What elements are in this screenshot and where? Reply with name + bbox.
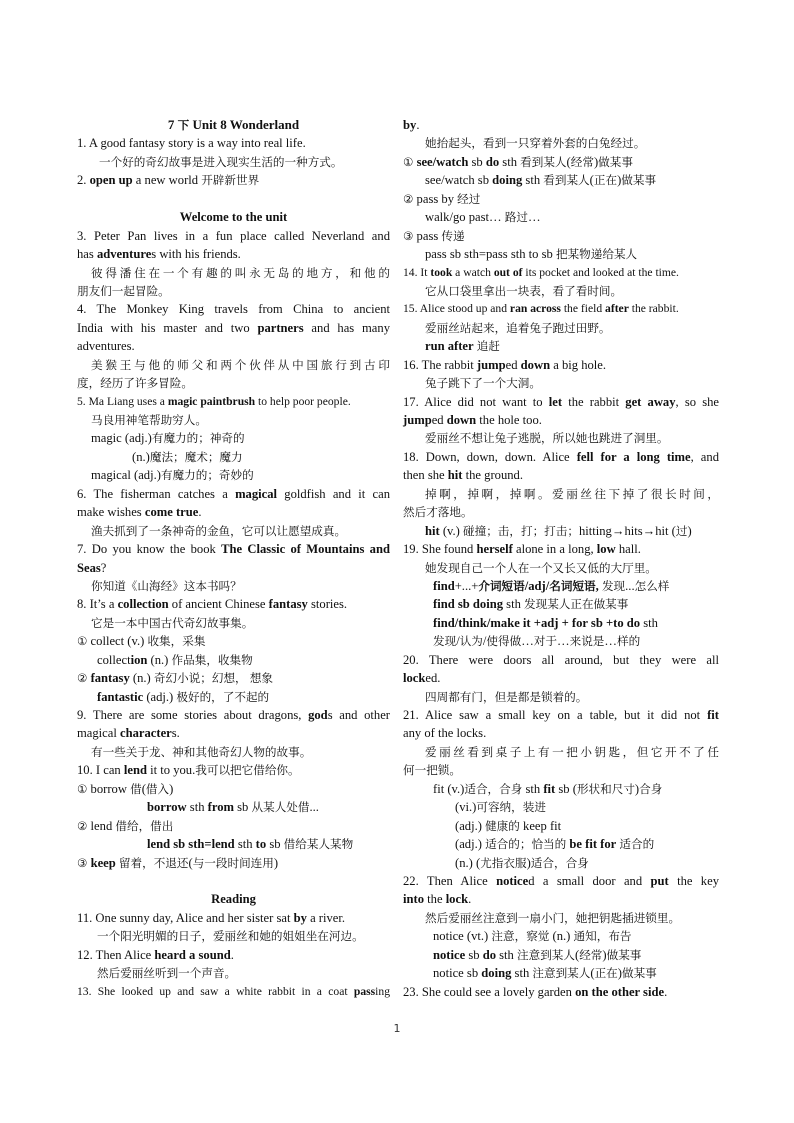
text-run: 作品集，收集物 — [172, 653, 253, 667]
text-run: sb — [465, 948, 483, 962]
text-run: the — [424, 892, 446, 906]
text-run: 16. The rabbit — [403, 358, 477, 372]
left-column: 7 下 Unit 8 Wonderland1. A good fantasy s… — [77, 116, 390, 1001]
text-run: 我可以把它借给你。 — [195, 763, 299, 777]
text-line: 15. Alice stood up and ran across the fi… — [403, 300, 719, 318]
text-run: (vi.) — [455, 800, 476, 814]
bold-term: get away — [625, 395, 675, 409]
text-run: 17. Alice did not want to — [403, 395, 549, 409]
text-line: 它从口袋里拿出一块表，看了看时间。 — [403, 282, 719, 300]
text-run: 她抬起头，看到一只穿着外套的白兔经过。 — [425, 136, 645, 150]
text-run: (n.) — [130, 671, 154, 685]
text-run: … — [528, 210, 541, 224]
text-run: 适合的；恰当的 — [485, 837, 566, 851]
text-line: locked. — [403, 669, 719, 687]
text-run: 12. Then Alice — [77, 948, 154, 962]
text-line: 兔子跳下了一个大洞。 — [403, 374, 719, 392]
bold-term: The Classic of Mountains and — [221, 542, 390, 556]
text-run: 借入 — [146, 782, 169, 796]
text-run: it to you. — [147, 763, 195, 777]
text-run: ① — [77, 782, 87, 796]
text-line: ① borrow 借(借入) — [77, 780, 390, 798]
text-run: 发现某人正在做某事 — [524, 597, 628, 611]
text-run: 与一段时间连用 — [193, 856, 274, 870]
text-run: 经常 — [579, 948, 602, 962]
text-run: 有一些关于龙、神和其他奇幻人物的故事。 — [91, 745, 311, 759]
text-run: the rabbit. — [629, 302, 679, 315]
text-run: the ground. — [462, 468, 523, 482]
bold-term: took — [430, 266, 452, 279]
text-line: (n.) (尤指衣服)适合，合身 — [403, 854, 719, 872]
bold-term: lock — [446, 892, 468, 906]
text-line: 20. There were doors all around, but the… — [403, 651, 719, 669]
text-run: to help poor people. — [255, 395, 351, 408]
text-line: 爱丽丝不想让兔子逃脱，所以她也跳进了洞里。 — [403, 429, 719, 447]
text-run: 正在 — [595, 966, 618, 980]
text-run: 你知道《山海经》这本书吗？ — [91, 579, 242, 593]
text-run: of ancient Chinese — [169, 597, 269, 611]
text-run: ed — [506, 358, 521, 372]
text-line: 16. The rabbit jumped down a big hole. — [403, 356, 719, 374]
text-line: pass sb sth=pass sth to sb 把某物递给某人 — [403, 245, 719, 263]
text-run: 23. She could see a lovely garden — [403, 985, 575, 999]
text-run: . — [231, 948, 234, 962]
bold-term: adventure — [97, 247, 151, 261]
text-line: 然后才落地。 — [403, 503, 719, 521]
bold-term: open up — [90, 173, 133, 187]
text-line: ② lend 借给，借出 — [77, 817, 390, 835]
bold-term: character — [120, 726, 172, 740]
text-run: 马良用神笔帮助穷人。 — [91, 413, 207, 427]
bold-term: magical — [235, 487, 277, 501]
text-line: see/watch sb doing sth 看到某人(正在)做某事 — [403, 171, 719, 189]
text-run: +...+ — [455, 579, 479, 593]
text-line: jumped down the hole too. — [403, 411, 719, 429]
text-run: 它从口袋里拿出一块表，看了看时间。 — [425, 284, 622, 298]
text-run: ing — [375, 985, 390, 998]
text-run: 追赶 — [477, 339, 500, 353]
bold-term: down — [521, 358, 550, 372]
text-run: sth — [511, 966, 532, 980]
text-run: see/watch sb — [425, 173, 492, 187]
text-line: fantastic (adj.) 极好的，了不起的 — [77, 688, 390, 706]
text-run: a big hole. — [550, 358, 606, 372]
text-line: India with his master and two partners a… — [77, 319, 390, 337]
text-run: pass sb sth=pass sth to sb — [425, 247, 556, 261]
text-line: lend sb sth=lend sth to sb 借给某人某物 — [77, 835, 390, 853]
bold-term: pass — [354, 985, 375, 998]
text-run: . — [468, 892, 471, 906]
text-run: sb — [234, 800, 252, 814]
bold-term: Welcome to the unit — [180, 210, 287, 224]
text-line: 7. Do you know the book The Classic of M… — [77, 540, 390, 558]
text-run: 经过 — [457, 192, 480, 206]
bold-term: put — [651, 874, 669, 888]
text-run: 借 — [130, 782, 142, 796]
text-run: 发现 — [433, 634, 456, 648]
bold-term: fit — [707, 708, 719, 722]
text-line: ① collect (v.) 收集，采集 — [77, 632, 390, 650]
text-line: 有一些关于龙、神和其他奇幻人物的故事。 — [77, 743, 390, 761]
text-run: notice (vt.) — [433, 929, 491, 943]
text-line: 朋友们一起冒险。 — [77, 282, 390, 300]
text-run: ② — [77, 671, 87, 685]
text-run: 3. Peter Pan lives in a fun place called… — [77, 229, 390, 243]
bold-term: doing — [481, 966, 511, 980]
text-line: 10. I can lend it to you.我可以把它借给你。 — [77, 761, 390, 779]
bold-term: doing — [492, 173, 522, 187]
bold-term: low — [597, 542, 616, 556]
text-run: s and other — [328, 708, 390, 722]
bold-term: ran across — [510, 302, 561, 315]
text-run: 可容纳，装进 — [476, 800, 546, 814]
text-run: a new world — [133, 173, 202, 187]
text-line: 5. Ma Liang uses a magic paintbrush to h… — [77, 393, 390, 411]
text-line: 然后爱丽丝听到一个声音。 — [77, 964, 390, 982]
text-run: 有魔力的；神奇的 — [152, 431, 245, 445]
text-run: stories. — [308, 597, 347, 611]
text-run: then she — [403, 468, 448, 482]
text-run: sth — [235, 837, 256, 851]
text-run: sth — [187, 800, 208, 814]
text-line: run after 追赶 — [403, 337, 719, 355]
text-line: 度，经历了许多冒险。 — [77, 374, 390, 392]
text-run: 传递 — [441, 229, 464, 243]
text-line: 2. open up a new world 开辟新世界 — [77, 171, 390, 189]
text-line: ① see/watch sb do sth 看到某人(经常)做某事 — [403, 153, 719, 171]
text-run: 碰撞；击，打；打击； — [463, 524, 579, 538]
text-line: magic (adj.)有魔力的；神奇的 — [77, 429, 390, 447]
text-line: collection (n.) 作品集，收集物 — [77, 651, 390, 669]
text-run: 一个阳光明媚的日子，爱丽丝和她的姐姐坐在河边。 — [97, 929, 364, 943]
text-run: 适合的 — [619, 837, 654, 851]
text-line: 发现/认为/使得做…对于…来说是…样的 — [403, 632, 719, 650]
text-line: find+...+介词短语/adj/名词短语, 发现...怎么样 — [403, 577, 719, 595]
text-run: 兔子跳下了一个大洞。 — [425, 376, 541, 390]
text-line: 9. There are some stories about dragons,… — [77, 706, 390, 724]
text-run: 尤指衣服 — [480, 856, 526, 870]
text-run: (n.) ( — [455, 856, 480, 870]
text-run: (n.) — [132, 450, 150, 464]
text-run: 做某事 — [598, 155, 633, 169]
text-line: 1. A good fantasy story is a way into re… — [77, 134, 390, 152]
bold-term: heard a sound — [154, 948, 230, 962]
text-run: 彼得潘住在一个有趣的叫永无岛的地方，和他的 — [91, 266, 390, 280]
bold-term: by — [403, 118, 416, 132]
text-run: 注意到某人 — [517, 948, 575, 962]
text-run: 1. A good fantasy story is a way into re… — [77, 136, 306, 150]
text-line: fit (v.)适合，合身 sth fit sb (形状和尺寸)合身 — [403, 780, 719, 798]
text-run: 然后爱丽丝听到一个声音。 — [97, 966, 236, 980]
text-run: 22. Then Alice — [403, 874, 496, 888]
text-line: ② pass by 经过 — [403, 190, 719, 208]
document-page: 7 下 Unit 8 Wonderland1. A good fantasy s… — [0, 0, 794, 1123]
text-line: 渔夫抓到了一条神奇的金鱼，它可以让愿望成真。 — [77, 522, 390, 540]
text-run: 9. There are some stories about dragons, — [77, 708, 308, 722]
text-run: a river. — [307, 911, 345, 925]
text-run: 过 — [676, 524, 688, 538]
text-line: make wishes come true. — [77, 503, 390, 521]
bold-term: ion — [131, 653, 148, 667]
text-run: ① — [403, 155, 413, 169]
blank-line — [77, 190, 390, 208]
text-run: lend — [87, 819, 115, 833]
text-line: (n.)魔法；魔术；魔力 — [77, 448, 390, 466]
text-run: sb — [468, 155, 486, 169]
text-run: 爱丽丝不想让兔子逃脱，所以她也跳进了洞里。 — [425, 431, 668, 445]
text-run: pass — [413, 229, 441, 243]
text-run: … — [557, 634, 570, 648]
bold-term: /adj/ — [525, 579, 550, 593]
text-run: 6. The fisherman catches a — [77, 487, 235, 501]
text-run: 做某事 — [607, 948, 642, 962]
text-run: 魔法；魔术；魔力 — [150, 450, 243, 464]
blank-line — [77, 872, 390, 890]
text-run: 度，经历了许多冒险。 — [77, 376, 193, 390]
text-line: magical characters. — [77, 724, 390, 742]
text-run: any of the locks. — [403, 726, 486, 740]
text-run: magic (adj.) — [91, 431, 152, 445]
right-column: by.她抬起头，看到一只穿着外套的白兔经过。① see/watch sb do … — [403, 116, 719, 1001]
bold-term: fantastic — [97, 690, 143, 704]
text-run: fit (v.) — [433, 782, 464, 796]
text-run: 样的 — [617, 634, 640, 648]
text-run: sth — [640, 616, 658, 630]
text-run: its pocket and looked at the time. — [522, 266, 678, 279]
text-run: ) — [688, 524, 692, 538]
text-line: 四周都有门，但是都是锁着的。 — [403, 688, 719, 706]
bold-term: herself — [476, 542, 512, 556]
text-line: (vi.)可容纳，装进 — [403, 798, 719, 816]
bold-term: see/watch — [417, 155, 469, 169]
text-line: 马良用神笔帮助穷人。 — [77, 411, 390, 429]
bold-term: by — [294, 911, 307, 925]
bold-term: Seas — [77, 561, 101, 575]
text-run: 四周都有门，但是都是锁着的。 — [425, 690, 587, 704]
bold-term: 7 — [168, 117, 178, 132]
text-line: 17. Alice did not want to let the rabbit… — [403, 393, 719, 411]
text-run: … — [604, 634, 617, 648]
text-run: 何一把锁。 — [403, 763, 461, 777]
text-run: sb ( — [555, 782, 577, 796]
text-line: (adj.) 适合的；恰当的 be fit for 适合的 — [403, 835, 719, 853]
text-line: 她抬起头，看到一只穿着外套的白兔经过。 — [403, 134, 719, 152]
text-run: ? — [101, 561, 107, 575]
text-run: hall. — [616, 542, 641, 556]
text-run: keep fit — [520, 819, 561, 833]
text-run: 7. Do you know the book — [77, 542, 221, 556]
text-run: ) — [274, 856, 278, 870]
bold-term: come true — [145, 505, 199, 519]
bold-term: out of — [494, 266, 523, 279]
bold-term: after — [605, 302, 629, 315]
text-run: pass by — [413, 192, 457, 206]
text-run: 然后爱丽丝注意到一扇小门，她把钥匙插进锁里。 — [425, 911, 680, 925]
text-run: and has many — [304, 321, 390, 335]
document-title: 7 下 Unit 8 Wonderland — [77, 116, 390, 134]
text-run: sth — [522, 782, 543, 796]
text-run: sth — [496, 948, 517, 962]
bold-term: find — [433, 579, 455, 593]
text-run: 路过 — [505, 210, 528, 224]
text-line: 18. Down, down, down. Alice fell for a l… — [403, 448, 719, 466]
text-line: (adj.) 健康的 keep fit — [403, 817, 719, 835]
text-line: ③ keep 留着，不退还(与一段时间连用) — [77, 854, 390, 872]
text-run: 它是一本中国古代奇幻故事集。 — [91, 616, 253, 630]
text-run: (adj.) — [455, 837, 485, 851]
text-run: a watch — [452, 266, 494, 279]
bold-term: lend sb sth=lend — [147, 837, 235, 851]
text-run: ① — [77, 634, 87, 648]
bold-term: jump — [477, 358, 506, 372]
text-run: ... — [309, 800, 318, 814]
bold-term: magic paintbrush — [168, 395, 255, 408]
text-run: 看到某人 — [543, 173, 589, 187]
text-run: 极好的，了不起的 — [176, 690, 269, 704]
text-run: hitting→hits→hit ( — [579, 524, 676, 538]
text-run: 她发现自己一个人在一个又长又低的大厅里。 — [425, 561, 657, 575]
text-run: 把某物递给某人 — [556, 247, 637, 261]
text-run: magical — [77, 726, 120, 740]
text-run: 渔夫抓到了一条神奇的金鱼，它可以让愿望成真。 — [91, 524, 346, 538]
bold-term: notice — [433, 948, 465, 962]
text-run: 适合，合身 — [464, 782, 522, 796]
text-line: 爱丽丝站起来，追着兔子跑过田野。 — [403, 319, 719, 337]
bold-term: find/think/make it +adj + for sb +to do — [433, 616, 640, 630]
text-line: 22. Then Alice noticed a small door and … — [403, 872, 719, 890]
text-run: 发现 — [602, 579, 625, 593]
text-run: , so she — [676, 395, 719, 409]
bold-term: do — [483, 948, 496, 962]
text-run: , and — [691, 450, 719, 464]
text-run: ③ — [77, 856, 87, 870]
text-run: 做某事 — [621, 173, 656, 187]
text-run: 借给某人某物 — [284, 837, 354, 851]
bold-term: let — [549, 395, 562, 409]
text-run: 奇幻小说；幻想， — [154, 671, 247, 685]
text-line: 掉啊，掉啊，掉啊。爱丽丝往下掉了很长时间， — [403, 485, 719, 503]
text-line: 美猴王与他的师父和两个伙伴从中国旅行到古印 — [77, 356, 390, 374]
text-run: 使得做 — [486, 634, 521, 648]
bold-term: partners — [257, 321, 303, 335]
text-line: 14. It took a watch out of its pocket an… — [403, 264, 719, 282]
text-line: by. — [403, 116, 719, 134]
bold-term: do — [486, 155, 499, 169]
text-line: 何一把锁。 — [403, 761, 719, 779]
text-run: 收集，采集 — [147, 634, 205, 648]
text-run: 从某人处借 — [252, 800, 310, 814]
text-run: (n.) — [549, 929, 573, 943]
text-run: 正在 — [594, 173, 617, 187]
text-run: 13. She looked up and saw a white rabbit… — [77, 985, 354, 998]
bold-term: find sb doing — [433, 597, 503, 611]
text-run: 19. She found — [403, 542, 476, 556]
bold-term: be fit for — [569, 837, 616, 851]
text-run: 健康的 — [485, 819, 520, 833]
text-run: the rabbit — [562, 395, 625, 409]
text-run: walk/go past… — [425, 210, 505, 224]
text-run: notice sb — [433, 966, 481, 980]
bold-term: god — [308, 708, 328, 722]
bold-term: notice — [496, 874, 528, 888]
bold-term: down — [447, 413, 476, 427]
text-line: 她发现自己一个人在一个又长又低的大厅里。 — [403, 559, 719, 577]
text-line: 12. Then Alice heard a sound. — [77, 946, 390, 964]
text-run: 美猴王与他的师父和两个伙伴从中国旅行到古印 — [91, 358, 390, 372]
bold-term: 介词短语 — [478, 579, 524, 593]
text-run: 看到某人 — [520, 155, 566, 169]
text-run: make wishes — [77, 505, 145, 519]
text-run: (adj.) — [455, 819, 485, 833]
text-run: 18. Down, down, down. Alice — [403, 450, 577, 464]
text-run: ... — [625, 579, 634, 593]
bold-term: into — [403, 892, 424, 906]
text-run: 20. There were doors all around, but the… — [403, 653, 719, 667]
text-run: 一个好的奇幻故事是进入现实生活的一种方式。 — [99, 155, 342, 169]
text-run: the hole too. — [476, 413, 542, 427]
bold-term: lend — [124, 763, 147, 777]
text-run: 来说是 — [570, 634, 605, 648]
bold-term: 下 — [178, 118, 190, 132]
text-run: 通知，布告 — [574, 929, 632, 943]
text-run: 爱丽丝站起来，追着兔子跑过田野。 — [425, 321, 611, 335]
text-run: 朋友们一起冒险。 — [77, 284, 170, 298]
text-line: then she hit the ground. — [403, 466, 719, 484]
text-line: 13. She looked up and saw a white rabbit… — [77, 983, 390, 1001]
bold-term: fantasy — [91, 671, 130, 685]
text-run: 留着，不退还 — [119, 856, 189, 870]
text-run: . — [416, 118, 419, 132]
text-line: 23. She could see a lovely garden on the… — [403, 983, 719, 1001]
text-line: into the lock. — [403, 890, 719, 908]
bold-term: from — [208, 800, 234, 814]
bold-term: lock — [403, 671, 425, 685]
text-run: 然后才落地。 — [403, 505, 473, 519]
text-run: the field — [561, 302, 605, 315]
text-line: 彼得潘住在一个有趣的叫永无岛的地方，和他的 — [77, 264, 390, 282]
text-line: Seas? — [77, 559, 390, 577]
text-line: find sb doing sth 发现某人正在做某事 — [403, 595, 719, 613]
text-run: sb — [266, 837, 284, 851]
text-run: sth — [503, 597, 524, 611]
text-run: 借给，借出 — [115, 819, 173, 833]
text-run: 形状和尺寸 — [577, 782, 635, 796]
text-run: 有魔力的；奇妙的 — [161, 468, 254, 482]
bold-term: jump — [403, 413, 432, 427]
bold-term: hit — [425, 524, 440, 538]
text-line: notice sb doing sth 注意到某人(正在)做某事 — [403, 964, 719, 982]
text-run: 8. It’s a — [77, 597, 118, 611]
text-line: 21. Alice saw a small key on a table, bu… — [403, 706, 719, 724]
text-run: 怎么样 — [635, 579, 670, 593]
text-run: 爱丽丝看到桌子上有一把小钥匙，但它开不了任 — [425, 745, 719, 759]
text-line: 4. The Monkey King travels from China to… — [77, 300, 390, 318]
bold-term: 名词短语 — [549, 579, 595, 593]
text-run: 4. The Monkey King travels from China to… — [77, 302, 390, 316]
text-run: 21. Alice saw a small key on a table, bu… — [403, 708, 707, 722]
text-run: . — [198, 505, 201, 519]
text-line: 11. One sunny day, Alice and her sister … — [77, 909, 390, 927]
text-run: collect (v.) — [87, 634, 147, 648]
text-run: ) — [169, 782, 173, 796]
bold-term: run after — [425, 339, 474, 353]
text-run: d a small door and — [528, 874, 650, 888]
text-run: (v.) — [440, 524, 463, 538]
text-run: collect — [97, 653, 131, 667]
text-run: 11. One sunny day, Alice and her sister … — [77, 911, 294, 925]
text-run: 10. I can — [77, 763, 124, 777]
text-line: 然后爱丽丝注意到一扇小门，她把钥匙插进锁里。 — [403, 909, 719, 927]
